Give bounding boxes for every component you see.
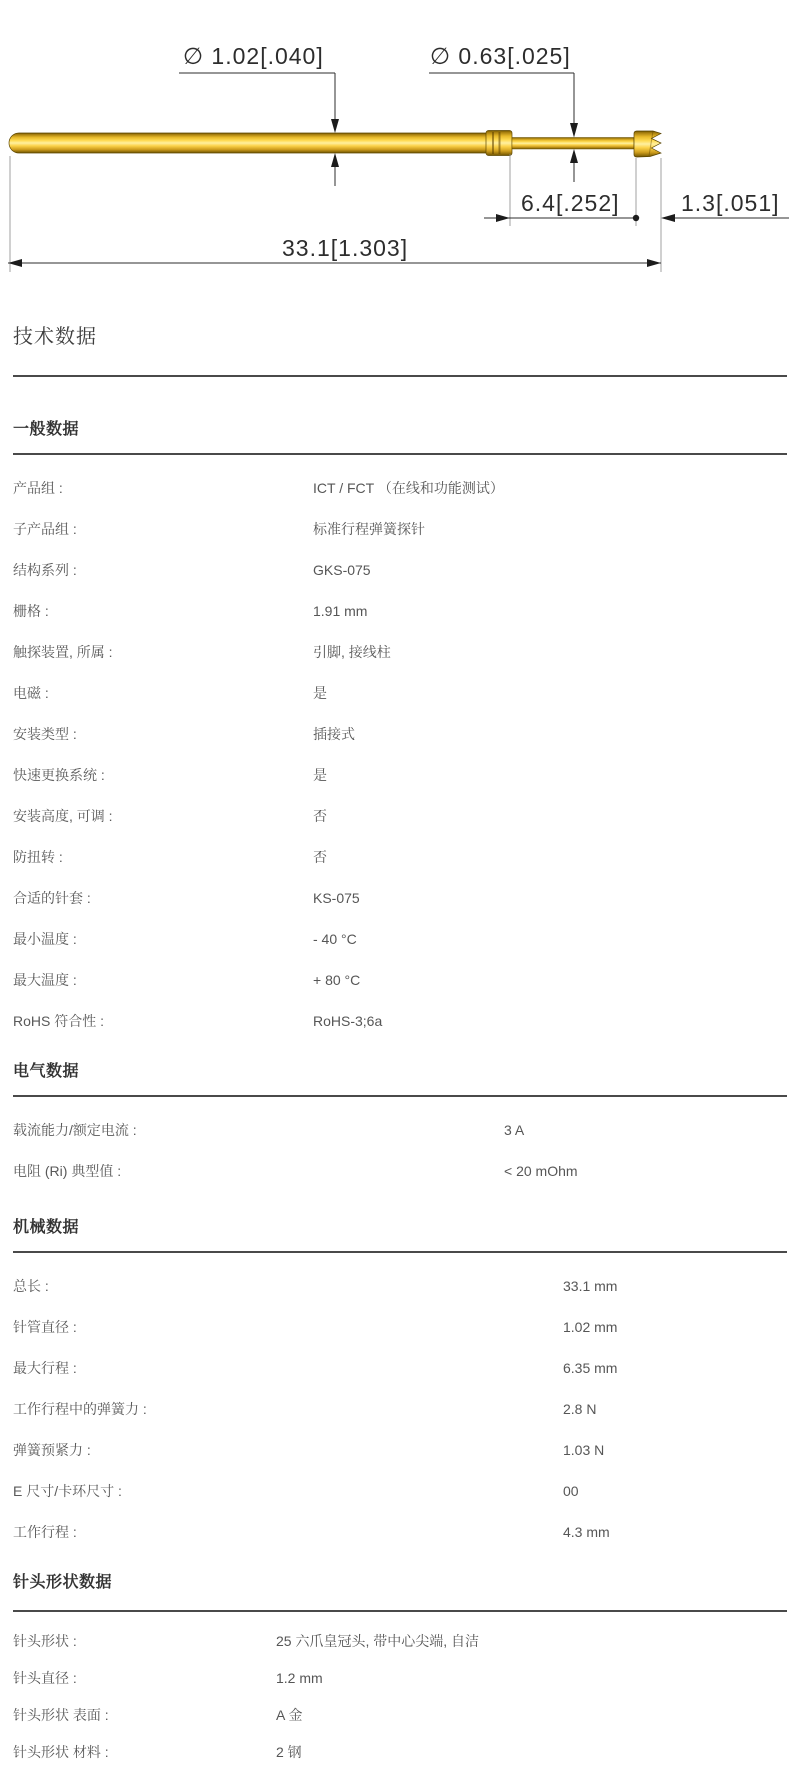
spec-value: 6.35 mm xyxy=(563,1360,617,1376)
spec-value: 是 xyxy=(313,683,327,703)
section-divider xyxy=(13,453,787,455)
spec-value: 1.02 mm xyxy=(563,1319,617,1335)
spec-row: E 尺寸/卡环尺寸 :00 xyxy=(13,1470,787,1511)
spec-row: 触探装置, 所属 :引脚, 接线柱 xyxy=(13,631,787,672)
spec-value: 否 xyxy=(313,847,327,867)
spec-label: 最大行程 : xyxy=(13,1358,77,1378)
spec-row: 针头形状 表面 :A 金 xyxy=(13,1696,787,1733)
spec-label: 最小温度 : xyxy=(13,929,77,949)
spec-label: 总长 : xyxy=(13,1276,49,1296)
spec-value: 3 A xyxy=(504,1122,524,1138)
spec-label: 针头形状 表面 : xyxy=(13,1705,109,1725)
section-rows: 针头形状 :25 六爪皇冠头, 带中心尖端, 自洁针头直径 :1.2 mm针头形… xyxy=(13,1622,787,1770)
spec-row: 电阻 (Ri) 典型值 :< 20 mOhm xyxy=(13,1150,787,1191)
spec-label: 载流能力/额定电流 : xyxy=(13,1120,137,1140)
spec-row: 针头形状 材料 :2 钢 xyxy=(13,1733,787,1770)
spec-value: < 20 mOhm xyxy=(504,1163,578,1179)
spec-value: ICT / FCT （在线和功能测试） xyxy=(313,478,504,498)
spec-row: 安装类型 :插接式 xyxy=(13,713,787,754)
spec-label: 针头形状 : xyxy=(13,1631,77,1651)
section-rows: 产品组 :ICT / FCT （在线和功能测试）子产品组 :标准行程弹簧探针结构… xyxy=(13,467,787,1041)
datasheet-page: 技术数据 一般数据 产品组 :ICT / FCT （在线和功能测试）子产品组 :… xyxy=(0,323,800,1770)
spec-value: 引脚, 接线柱 xyxy=(313,642,391,662)
spec-row: 针管直径 :1.02 mm xyxy=(13,1306,787,1347)
spec-value: RoHS-3;6a xyxy=(313,1013,382,1029)
section-rows: 载流能力/额定电流 :3 A电阻 (Ri) 典型值 :< 20 mOhm xyxy=(13,1109,787,1191)
spec-value: + 80 °C xyxy=(313,972,360,988)
spec-value: 是 xyxy=(313,765,327,785)
spec-section: 电气数据 载流能力/额定电流 :3 A电阻 (Ri) 典型值 :< 20 mOh… xyxy=(13,1061,787,1191)
spec-row: 针头直径 :1.2 mm xyxy=(13,1659,787,1696)
spec-value: 4.3 mm xyxy=(563,1524,610,1540)
spec-section: 机械数据 总长 :33.1 mm针管直径 :1.02 mm最大行程 :6.35 … xyxy=(13,1217,787,1552)
section-divider xyxy=(13,1610,787,1612)
spec-value: 插接式 xyxy=(313,724,355,744)
dim-total-length-label: 33.1[1.303] xyxy=(282,235,408,261)
spec-value: 否 xyxy=(313,806,327,826)
spec-row: 针头形状 :25 六爪皇冠头, 带中心尖端, 自洁 xyxy=(13,1622,787,1659)
dim-barrel-diameter: ∅ 1.02[.040] xyxy=(179,43,339,186)
spec-label: 针头直径 : xyxy=(13,1668,77,1688)
spec-row: 载流能力/额定电流 :3 A xyxy=(13,1109,787,1150)
spec-value: 2 钢 xyxy=(276,1742,302,1762)
spec-row: 工作行程 :4.3 mm xyxy=(13,1511,787,1552)
spec-row: 合适的针套 :KS-075 xyxy=(13,877,787,918)
dim-plunger-diameter: ∅ 0.63[.025] xyxy=(429,43,578,182)
spec-value: 标准行程弹簧探针 xyxy=(313,519,425,539)
spec-label: 结构系列 : xyxy=(13,560,77,580)
section-heading: 机械数据 xyxy=(13,1217,787,1239)
section-divider xyxy=(13,1095,787,1097)
title-divider xyxy=(13,375,787,377)
spec-label: 触探装置, 所属 : xyxy=(13,642,113,662)
spec-row: 安装高度, 可调 :否 xyxy=(13,795,787,836)
spec-row: 产品组 :ICT / FCT （在线和功能测试） xyxy=(13,467,787,508)
spec-label: 栅格 : xyxy=(13,601,49,621)
spec-row: 快速更换系统 :是 xyxy=(13,754,787,795)
spec-section: 针头形状数据 针头形状 :25 六爪皇冠头, 带中心尖端, 自洁针头直径 :1.… xyxy=(13,1572,787,1770)
dim-head-length: 1.3[.051] xyxy=(661,158,789,272)
spec-label: 针头形状 材料 : xyxy=(13,1742,109,1762)
page-title: 技术数据 xyxy=(13,323,787,351)
spec-value: 2.8 N xyxy=(563,1401,596,1417)
spec-label: 弹簧预紧力 : xyxy=(13,1440,91,1460)
spec-label: 安装类型 : xyxy=(13,724,77,744)
spec-label: 电磁 : xyxy=(13,683,49,703)
spec-value: A 金 xyxy=(276,1705,302,1725)
spec-label: 合适的针套 : xyxy=(13,888,91,908)
spec-row: 结构系列 :GKS-075 xyxy=(13,549,787,590)
spec-row: RoHS 符合性 :RoHS-3;6a xyxy=(13,1000,787,1041)
spec-value: 1.03 N xyxy=(563,1442,604,1458)
dim-barrel-diameter-label: ∅ 1.02[.040] xyxy=(183,43,324,69)
spec-row: 总长 :33.1 mm xyxy=(13,1265,787,1306)
spec-section: 一般数据 产品组 :ICT / FCT （在线和功能测试）子产品组 :标准行程弹… xyxy=(13,419,787,1041)
spec-label: 子产品组 : xyxy=(13,519,77,539)
spec-value: GKS-075 xyxy=(313,562,371,578)
spec-row: 栅格 :1.91 mm xyxy=(13,590,787,631)
spec-row: 工作行程中的弹簧力 :2.8 N xyxy=(13,1388,787,1429)
spec-row: 最大行程 :6.35 mm xyxy=(13,1347,787,1388)
spec-row: 防扭转 :否 xyxy=(13,836,787,877)
spec-row: 最大温度 :+ 80 °C xyxy=(13,959,787,1000)
dim-plunger-length: 6.4[.252] xyxy=(484,154,639,226)
probe-dimension-drawing: ∅ 1.02[.040] ∅ 0.63[.025] 6.4[.252] 1.3[… xyxy=(0,0,800,285)
spec-label: 安装高度, 可调 : xyxy=(13,806,113,826)
spec-value: 25 六爪皇冠头, 带中心尖端, 自洁 xyxy=(276,1631,479,1651)
spec-label: E 尺寸/卡环尺寸 : xyxy=(13,1481,122,1501)
probe-plunger xyxy=(512,138,634,150)
spec-label: 工作行程中的弹簧力 : xyxy=(13,1399,147,1419)
spec-row: 子产品组 :标准行程弹簧探针 xyxy=(13,508,787,549)
spec-label: 电阻 (Ri) 典型值 : xyxy=(13,1161,121,1181)
spec-row: 电磁 :是 xyxy=(13,672,787,713)
section-heading: 一般数据 xyxy=(13,419,787,441)
spec-value: 00 xyxy=(563,1483,579,1499)
spec-label: 快速更换系统 : xyxy=(13,765,105,785)
spec-label: 工作行程 : xyxy=(13,1522,77,1542)
spec-row: 最小温度 :- 40 °C xyxy=(13,918,787,959)
section-divider xyxy=(13,1251,787,1253)
spec-label: 针管直径 : xyxy=(13,1317,77,1337)
spec-value: 1.91 mm xyxy=(313,603,367,619)
spec-label: RoHS 符合性 : xyxy=(13,1011,104,1031)
section-heading: 电气数据 xyxy=(13,1061,787,1083)
spec-label: 防扭转 : xyxy=(13,847,63,867)
spec-row: 弹簧预紧力 :1.03 N xyxy=(13,1429,787,1470)
spec-label: 产品组 : xyxy=(13,478,63,498)
spec-value: 1.2 mm xyxy=(276,1670,323,1686)
spec-value: - 40 °C xyxy=(313,931,357,947)
spec-value: KS-075 xyxy=(313,890,360,906)
probe-crown-tip xyxy=(634,131,661,157)
probe-barrel xyxy=(9,133,488,153)
section-rows: 总长 :33.1 mm针管直径 :1.02 mm最大行程 :6.35 mm工作行… xyxy=(13,1265,787,1552)
dim-plunger-diameter-label: ∅ 0.63[.025] xyxy=(430,43,571,69)
dim-plunger-length-label: 6.4[.252] xyxy=(521,190,620,216)
section-heading: 针头形状数据 xyxy=(13,1572,787,1594)
spec-sections: 一般数据 产品组 :ICT / FCT （在线和功能测试）子产品组 :标准行程弹… xyxy=(13,419,787,1770)
spec-value: 33.1 mm xyxy=(563,1278,617,1294)
dim-head-length-label: 1.3[.051] xyxy=(681,190,780,216)
spec-label: 最大温度 : xyxy=(13,970,77,990)
